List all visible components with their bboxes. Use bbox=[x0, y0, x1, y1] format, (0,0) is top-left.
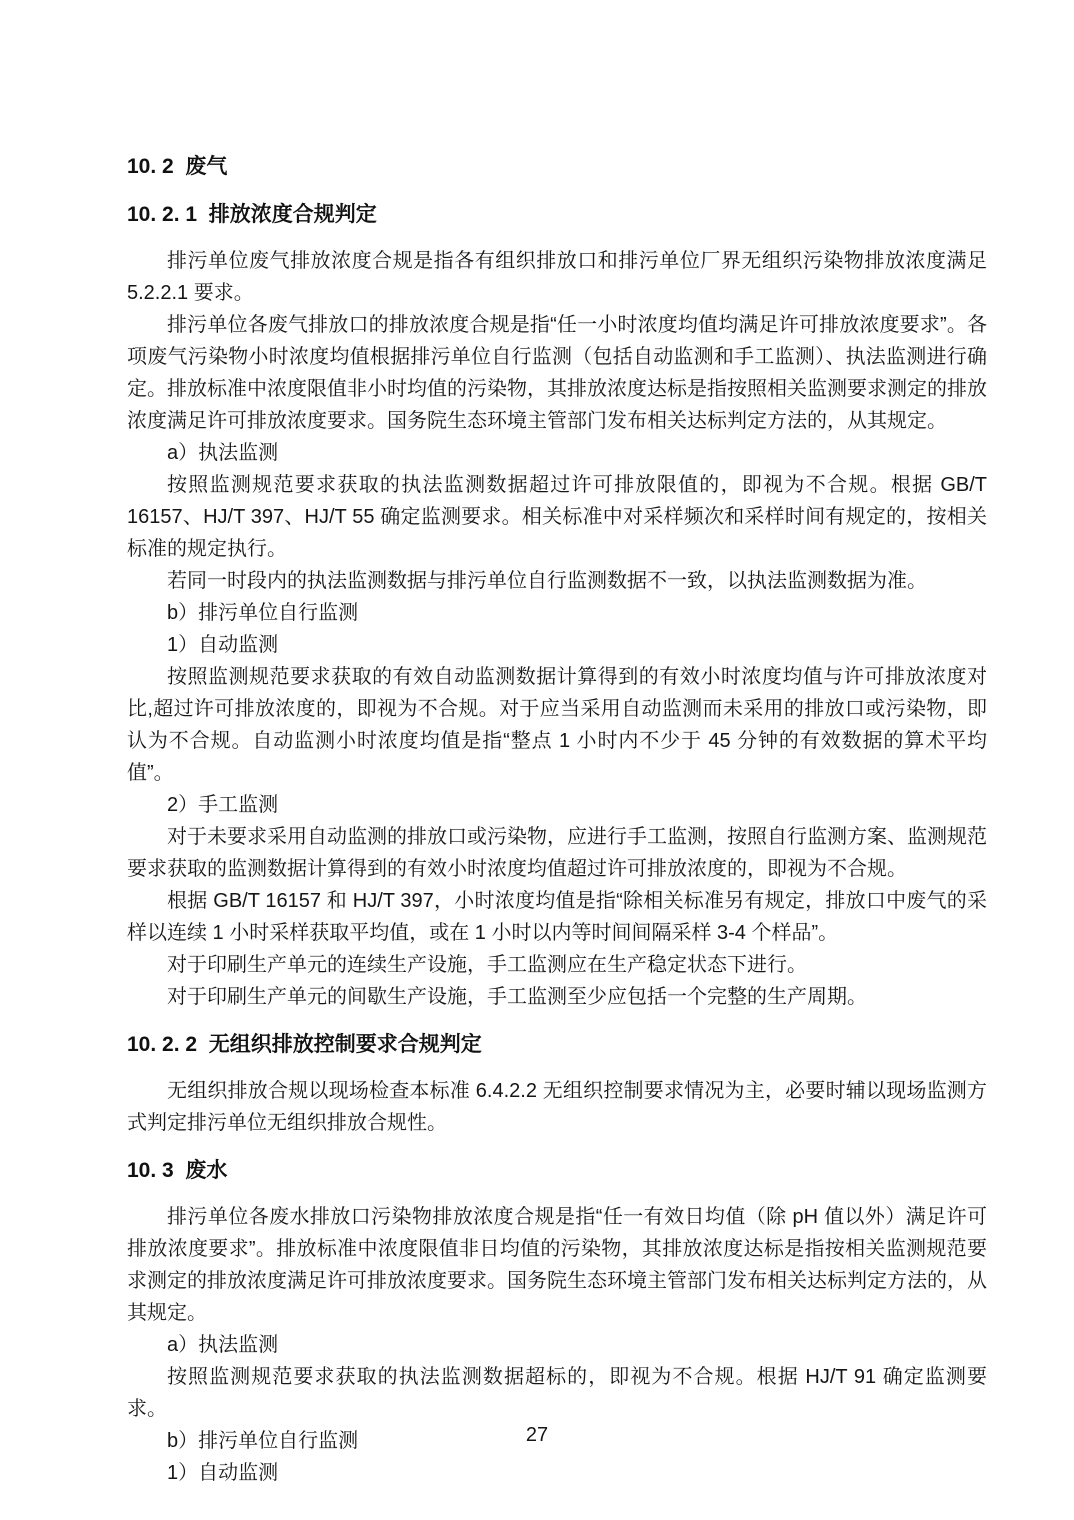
page-footer: 27 bbox=[0, 1420, 1074, 1450]
page-number: 27 bbox=[526, 1424, 548, 1446]
section-heading-10-2-2-fugitive-emission: 10. 2. 2 无组织排放控制要求合规判定 bbox=[127, 1028, 987, 1061]
document-page: 10. 2 废气 10. 2. 1 排放浓度合规判定 排污单位废气排放浓度合规是… bbox=[0, 0, 1074, 1520]
paragraph-automatic-monitoring-detail: 按照监测规范要求获取的有效自动监测数据计算得到的有效小时浓度均值与许可排放浓度对… bbox=[127, 661, 987, 789]
section-heading-10-3-waste-water: 10. 3 废水 bbox=[127, 1154, 987, 1187]
list-item-a-enforcement-monitoring: a）执法监测 bbox=[127, 437, 987, 469]
paragraph-continuous-production: 对于印刷生产单元的连续生产设施，手工监测应在生产稳定状态下进行。 bbox=[127, 949, 987, 981]
section-heading-10-2-1-concentration-compliance: 10. 2. 1 排放浓度合规判定 bbox=[127, 198, 987, 231]
section-heading-10-2-waste-gas: 10. 2 废气 bbox=[127, 150, 987, 183]
list-item-b-self-monitoring: b）排污单位自行监测 bbox=[127, 597, 987, 629]
paragraph-data-conflict-rule: 若同一时段内的执法监测数据与排污单位自行监测数据不一致，以执法监测数据为准。 bbox=[127, 565, 987, 597]
paragraph-enforcement-monitoring-water-detail: 按照监测规范要求获取的执法监测数据超标的，即视为不合规。根据 HJ/T 91 确… bbox=[127, 1361, 987, 1425]
list-item-a-enforcement-monitoring-water: a）执法监测 bbox=[127, 1329, 987, 1361]
paragraph-waste-water-overview: 排污单位各废水排放口污染物排放浓度合规是指“任一有效日均值（除 pH 值以外）满… bbox=[127, 1201, 987, 1329]
paragraph-intermittent-production: 对于印刷生产单元的间歇生产设施，手工监测至少应包括一个完整的生产周期。 bbox=[127, 981, 987, 1013]
paragraph-hourly-average-rule: 排污单位各废气排放口的排放浓度合规是指“任一小时浓度均值均满足许可排放浓度要求”… bbox=[127, 309, 987, 437]
paragraph-manual-monitoring-detail: 对于未要求采用自动监测的排放口或污染物，应进行手工监测，按照自行监测方案、监测规… bbox=[127, 821, 987, 885]
paragraph-sampling-definition: 根据 GB/T 16157 和 HJ/T 397，小时浓度均值是指“除相关标准另… bbox=[127, 885, 987, 949]
paragraph-enforcement-monitoring-detail: 按照监测规范要求获取的执法监测数据超过许可排放限值的，即视为不合规。根据 GB/… bbox=[127, 469, 987, 565]
paragraph-waste-gas-overview: 排污单位废气排放浓度合规是指各有组织排放口和排污单位厂界无组织污染物排放浓度满足… bbox=[127, 245, 987, 309]
list-item-1-automatic-monitoring-water: 1）自动监测 bbox=[127, 1457, 987, 1489]
list-item-2-manual-monitoring: 2）手工监测 bbox=[127, 789, 987, 821]
list-item-1-automatic-monitoring: 1）自动监测 bbox=[127, 629, 987, 661]
paragraph-fugitive-emission-detail: 无组织排放合规以现场检查本标准 6.4.2.2 无组织控制要求情况为主，必要时辅… bbox=[127, 1075, 987, 1139]
document-content: 10. 2 废气 10. 2. 1 排放浓度合规判定 排污单位废气排放浓度合规是… bbox=[127, 150, 987, 1489]
